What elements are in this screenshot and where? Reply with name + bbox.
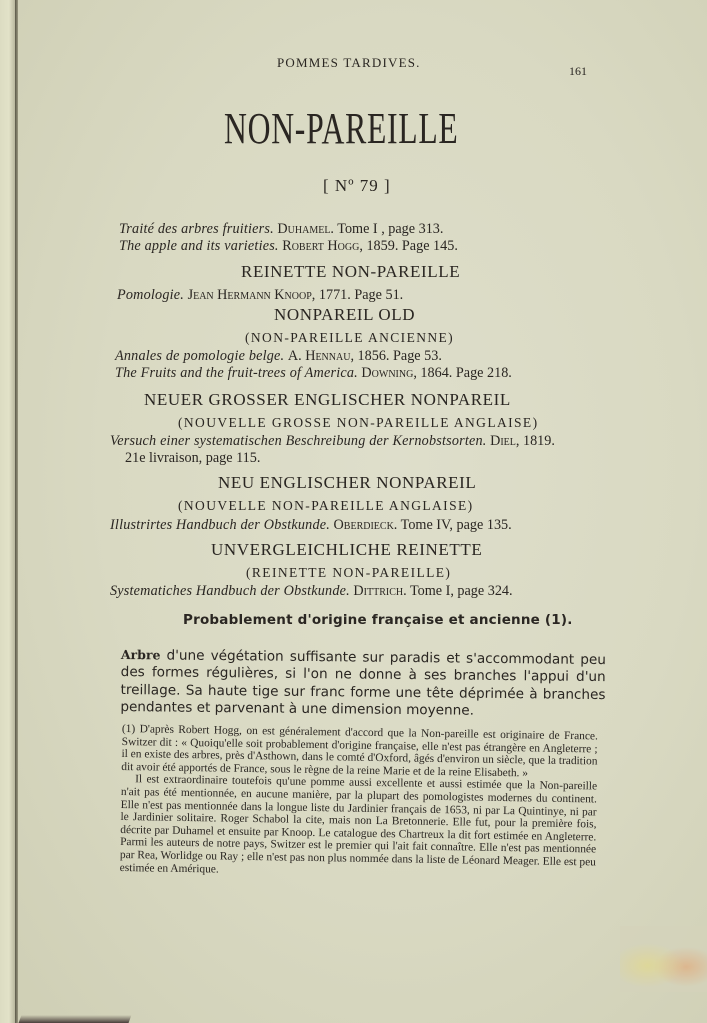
reference-work: Versuch einer systematischen Beschreibun… bbox=[110, 433, 487, 449]
page-number: 161 bbox=[569, 64, 587, 79]
reference-author: Oberdieck. bbox=[334, 517, 398, 533]
reference-author: Dittrich. bbox=[353, 583, 406, 599]
reference-detail: Tome I, page 324. bbox=[410, 583, 513, 599]
synonym-name: NEUER GROSSER ENGLISCHER NONPAREIL bbox=[144, 390, 511, 410]
reference-author: Robert Hogg, bbox=[282, 238, 363, 254]
reference-work: The Fruits and the fruit-trees of Americ… bbox=[115, 365, 358, 381]
reference-detail: Tome IV, page 135. bbox=[401, 517, 512, 533]
synonym-name: NONPAREIL OLD bbox=[274, 305, 415, 325]
reference-detail: 1856. Page 53. bbox=[358, 348, 442, 364]
reference-author: Diel, bbox=[490, 433, 519, 449]
synonym-translation: (NOUVELLE NON-PAREILLE ANGLAISE) bbox=[178, 498, 474, 514]
reference-work: Pomologie. bbox=[117, 287, 184, 303]
lead-word: Arbre bbox=[121, 647, 161, 662]
page-title: NON-PAREILLE bbox=[224, 103, 459, 154]
reference-work: Traité des arbres fruitiers. bbox=[119, 221, 274, 237]
footnote-paragraph: (1) D'après Robert Hogg, on est générale… bbox=[121, 723, 598, 781]
body-paragraph: Arbre d'une végétation suffisante sur pa… bbox=[120, 646, 606, 722]
reference-detail: 1859. Page 145. bbox=[366, 238, 457, 254]
running-head: POMMES TARDIVES. bbox=[277, 55, 421, 71]
body-text: d'une végétation suffisante sur paradis … bbox=[120, 647, 606, 719]
reference-detail: Tome I , page 313. bbox=[337, 221, 443, 237]
synonym-translation: (NON-PAREILLE ANCIENNE) bbox=[245, 330, 454, 346]
reference-line: The apple and its varieties. Robert Hogg… bbox=[119, 238, 458, 255]
reference-line: Versuch einer systematischen Beschreibun… bbox=[110, 433, 555, 450]
synonym-name: UNVERGLEICHLICHE REINETTE bbox=[211, 540, 482, 560]
synonym-translation: (REINETTE NON-PAREILLE) bbox=[246, 565, 451, 581]
synonym-name: NEU ENGLISCHER NONPAREIL bbox=[218, 473, 476, 493]
synonym-translation: (NOUVELLE GROSSE NON-PAREILLE ANGLAISE) bbox=[178, 415, 538, 431]
footnote: (1) D'après Robert Hogg, on est générale… bbox=[120, 723, 598, 882]
reference-line: Illustrirtes Handbuch der Obstkunde. Obe… bbox=[110, 517, 512, 534]
variety-number: [ Nº 79 ] bbox=[323, 176, 391, 196]
reference-detail: 1819. bbox=[523, 433, 555, 449]
reference-line: Traité des arbres fruitiers. Duhamel. To… bbox=[119, 221, 443, 238]
reference-work: Annales de pomologie belge. bbox=[115, 348, 284, 364]
synonym-name: REINETTE NON-PAREILLE bbox=[241, 262, 460, 282]
reference-line: Systematiches Handbuch der Obstkunde. Di… bbox=[110, 583, 513, 600]
section-heading: Probablement d'origine française et anci… bbox=[183, 612, 573, 628]
reference-continuation: 21e livraison, page 115. bbox=[125, 450, 260, 467]
reference-author: Duhamel. bbox=[277, 221, 334, 237]
page-edge-shadow bbox=[19, 1015, 132, 1023]
reference-author: Downing, bbox=[361, 365, 416, 381]
apple-watermark-image bbox=[620, 926, 707, 992]
reference-detail: 1771. Page 51. bbox=[319, 287, 403, 303]
reference-author: A. Hennau, bbox=[288, 348, 354, 364]
reference-work: Systematiches Handbuch der Obstkunde. bbox=[110, 583, 350, 599]
reference-line: Pomologie. Jean Hermann Knoop, 1771. Pag… bbox=[117, 287, 403, 304]
reference-detail: 1864. Page 218. bbox=[420, 365, 511, 381]
reference-line: The Fruits and the fruit-trees of Americ… bbox=[115, 365, 512, 382]
reference-work: The apple and its varieties. bbox=[119, 238, 279, 254]
book-page: POMMES TARDIVES. 161 NON-PAREILLE [ Nº 7… bbox=[18, 0, 707, 1023]
footnote-paragraph: Il est extraordinaire toutefois qu'une p… bbox=[120, 773, 598, 881]
reference-author: Jean Hermann Knoop, bbox=[188, 287, 316, 303]
reference-work: Illustrirtes Handbuch der Obstkunde. bbox=[110, 517, 330, 533]
reference-line: Annales de pomologie belge. A. Hennau, 1… bbox=[115, 348, 442, 365]
book-spine-edge bbox=[0, 0, 15, 1023]
